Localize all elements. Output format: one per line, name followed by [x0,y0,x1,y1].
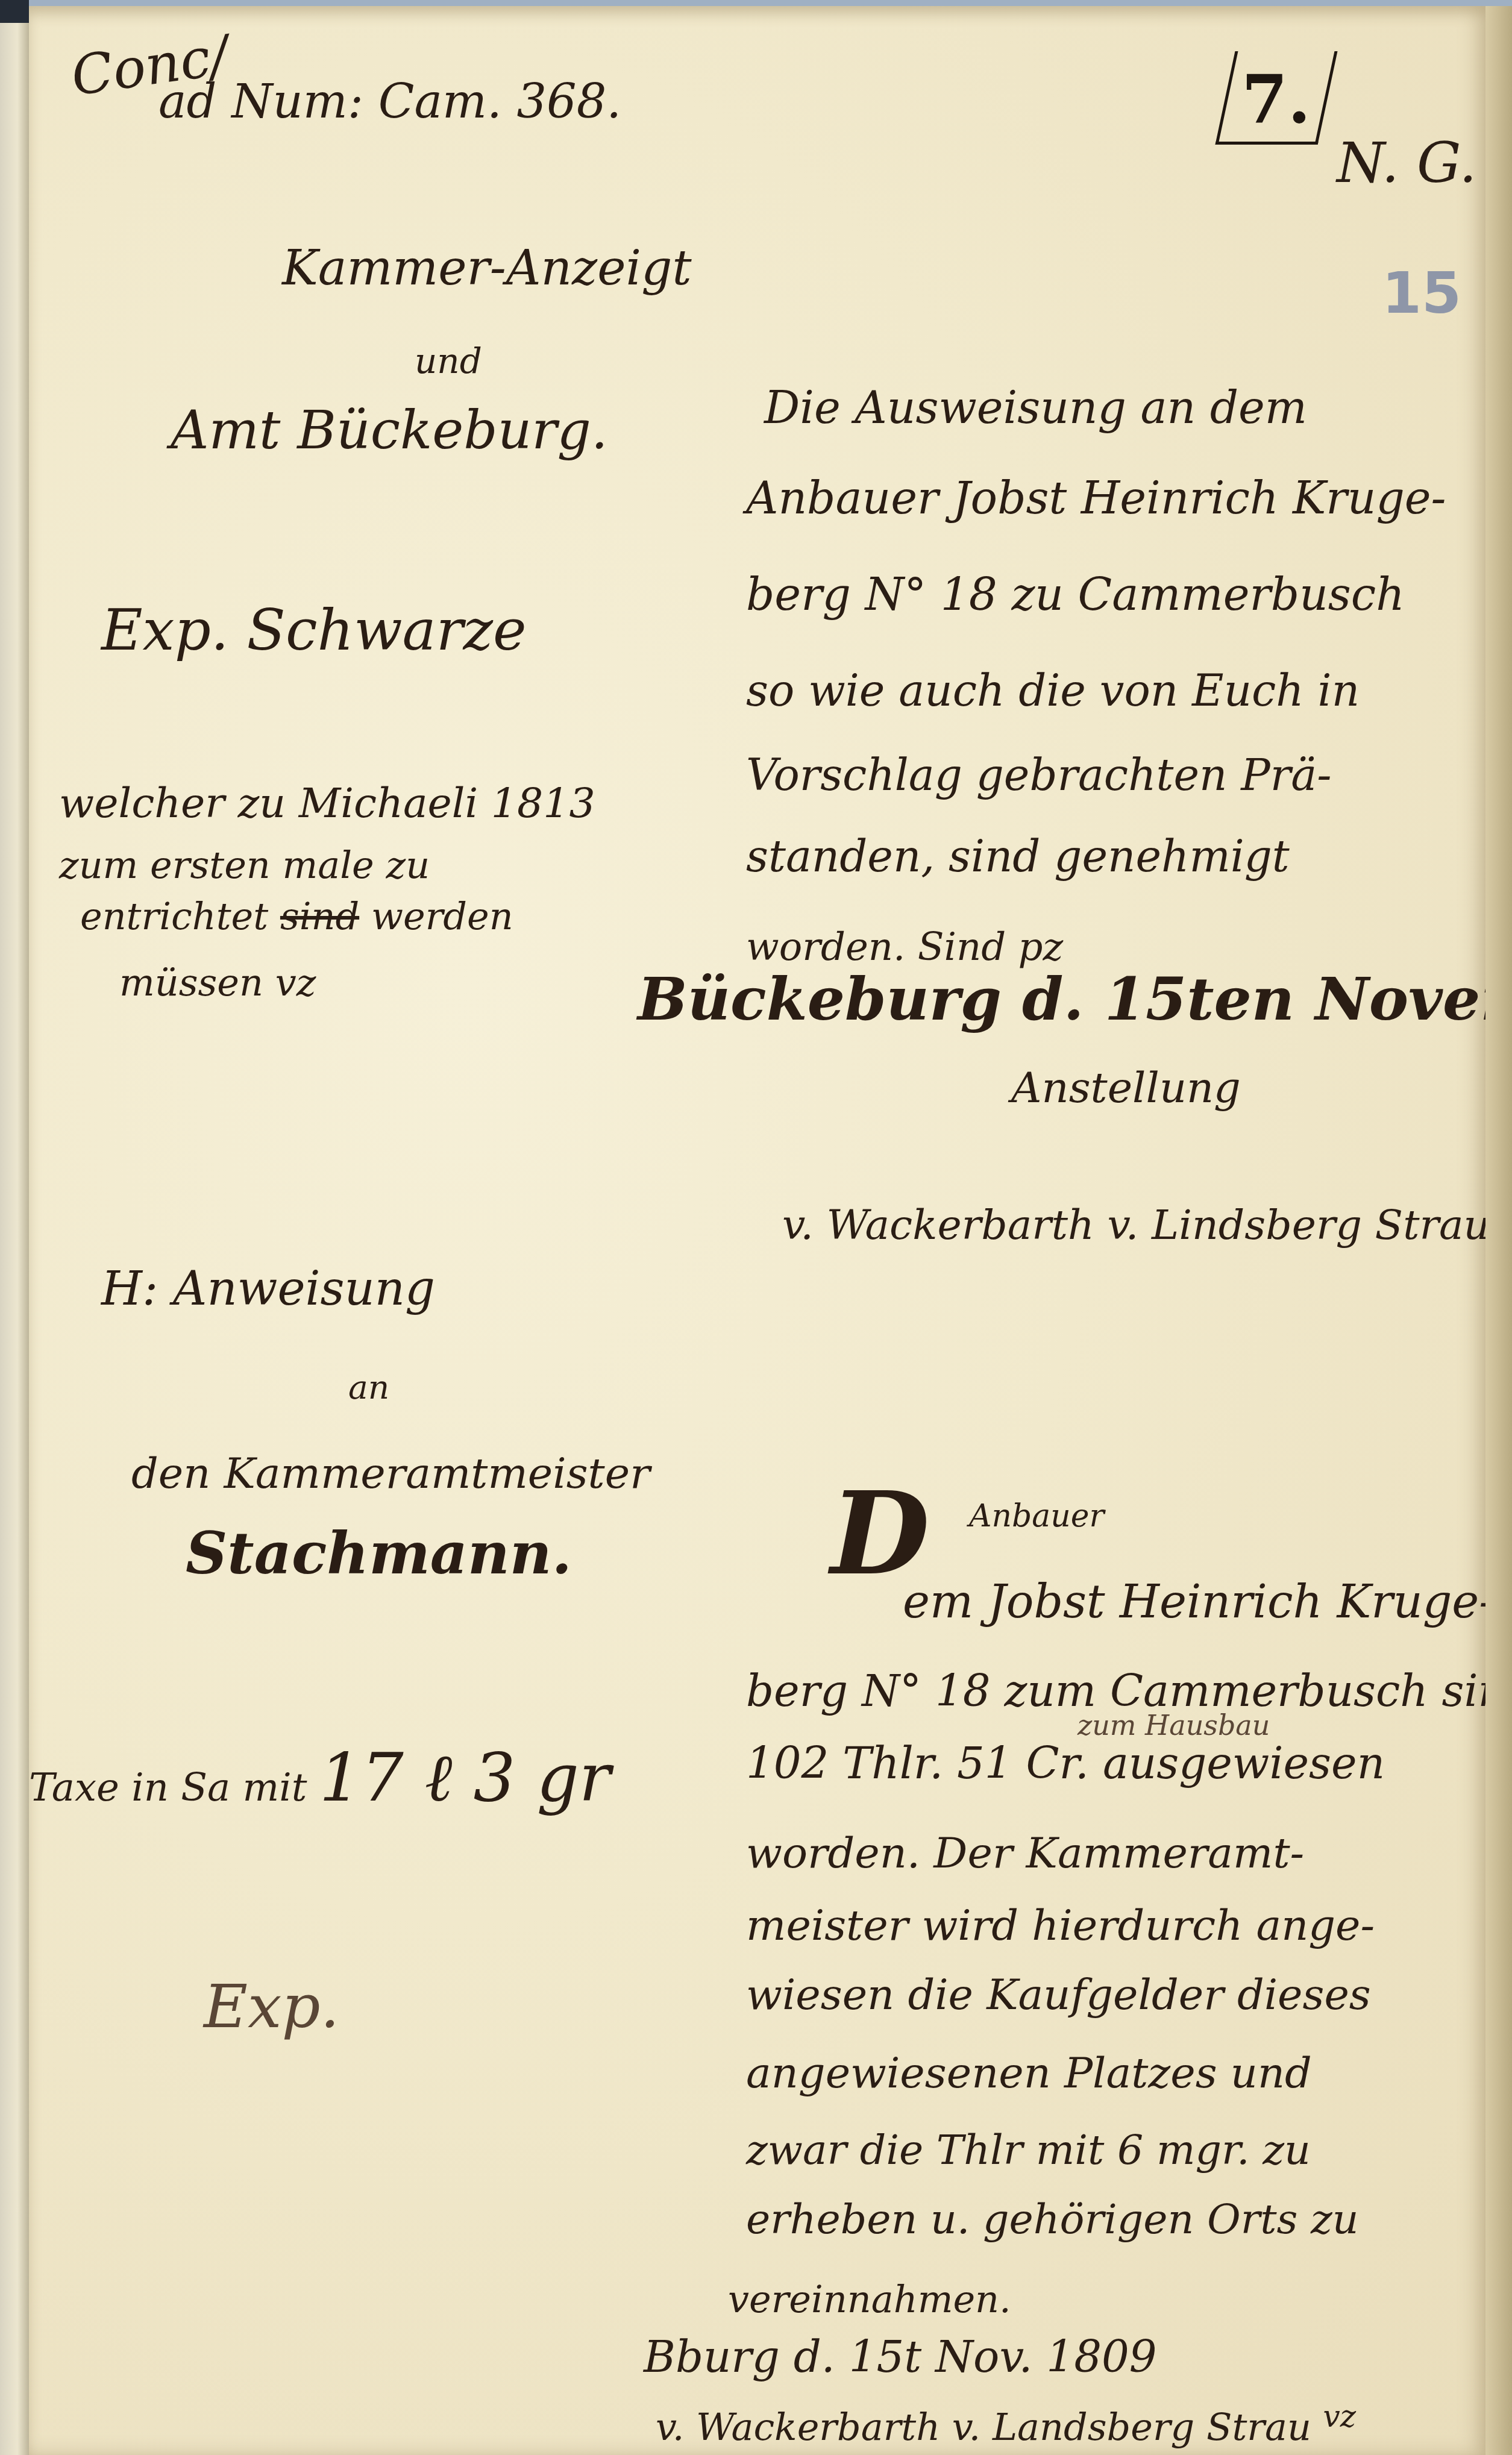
margin-note-line-1: welcher zu Michaeli 1813 [59,783,595,824]
signature-suffix: vz [1323,2399,1357,2434]
boxed-file-number: 7. [1216,51,1338,145]
margin-note-line-4: müssen vz [119,964,316,1002]
second-address-line-4: Stachmann. [186,1525,572,1582]
entry1-date-line: Bückeburg d. 15ten Novemb. 1809 [638,970,1512,1029]
entry1-line: berg N° 18 zu Cammerbusch [746,572,1405,617]
entry2-line: angewiesenen Platzes und [746,2052,1312,2094]
margin-note-word: entrichtet [80,894,268,938]
entry2-superscript: Anbauer [969,1500,1104,1532]
address-line-2: und [415,343,482,378]
binding-strip [0,0,29,2455]
entry2-line: meister wird hierdurch ange- [746,1904,1375,1946]
address-line-1: Kammer-Anzeigt [282,244,692,292]
second-address-line-3: den Kammeramtmeister [131,1452,650,1494]
entry2-signature-names: v. Wackerbarth v. Landsberg Strau [656,2405,1311,2449]
address-line-3: Amt Bückeburg. [171,404,608,457]
entry1-signatures: v. Wackerbarth v. Lindsberg Strau [782,1205,1490,1246]
entry2-line: vereinnahmen. [728,2281,1011,2318]
entry2-line: 102 Thlr. 51 Cr. ausgewiesen [746,1742,1385,1785]
entry2-line: em Jobst Heinrich Kruge- [903,1579,1495,1625]
entry1-line: Die Ausweisung an dem [764,386,1307,430]
entry2-interlinear-insert: zum Hausbau [1078,1711,1270,1739]
expedition-note: Exp. Schwarze [101,603,527,659]
entry2-line: worden. Der Kammeramt- [746,1832,1304,1874]
binding-cover [0,0,29,23]
entry1-closing: Anstellung [1011,1067,1241,1109]
margin-note-word: werden [371,894,513,938]
entry1-line: Vorschlag gebrachten Prä- [746,753,1331,797]
fee-amount: 17 ℓ 3 gr [319,1739,611,1816]
entry2-initial: D [830,1476,930,1591]
entry2-line: berg N° 18 zum Cammerbusch sind [746,1669,1512,1713]
entry1-line: Anbauer Jobst Heinrich Kruge- [746,476,1446,521]
expedited-mark: Exp. [204,1977,339,2037]
entry2-signatures: v. Wackerbarth v. Landsberg Strau vz [656,2401,1356,2446]
margin-note-line-2: zum ersten male zu [59,847,430,884]
margin-note-line-3: entrichtet sind werden [80,898,513,935]
entry2-line: wiesen die Kaufgelder dieses [746,1974,1371,2016]
entry2-date-line: Bburg d. 15t Nov. 1809 [644,2335,1157,2378]
entry2-line: erheben u. gehörigen Orts zu [746,2199,1359,2240]
entry1-line: worden. Sind pz [746,928,1063,967]
entry1-line: standen, sind genehmigt [746,835,1290,878]
fee-label: Taxe in Sa mit 17 ℓ 3 gr [29,1745,610,1811]
page-right-edge [1485,6,1512,2455]
entry2-line: zwar die Thlr mit 6 mgr. zu [746,2130,1311,2171]
pencil-folio-number: 15 [1382,265,1461,322]
fee-label-text: Taxe in Sa mit [29,1766,307,1810]
boxed-number-text: 7. [1228,60,1325,138]
document-page: Conc/ ad Num: Cam. 368. 7. N. G. G. 15 K… [29,6,1487,2455]
reference-number: ad Num: Cam. 368. [158,78,621,125]
struck-word: sind [280,894,359,938]
second-address-line-1: H: Anweisung [101,1265,435,1312]
second-address-line-2: an [348,1371,389,1404]
entry1-line: so wie auch die von Euch in [746,669,1360,712]
